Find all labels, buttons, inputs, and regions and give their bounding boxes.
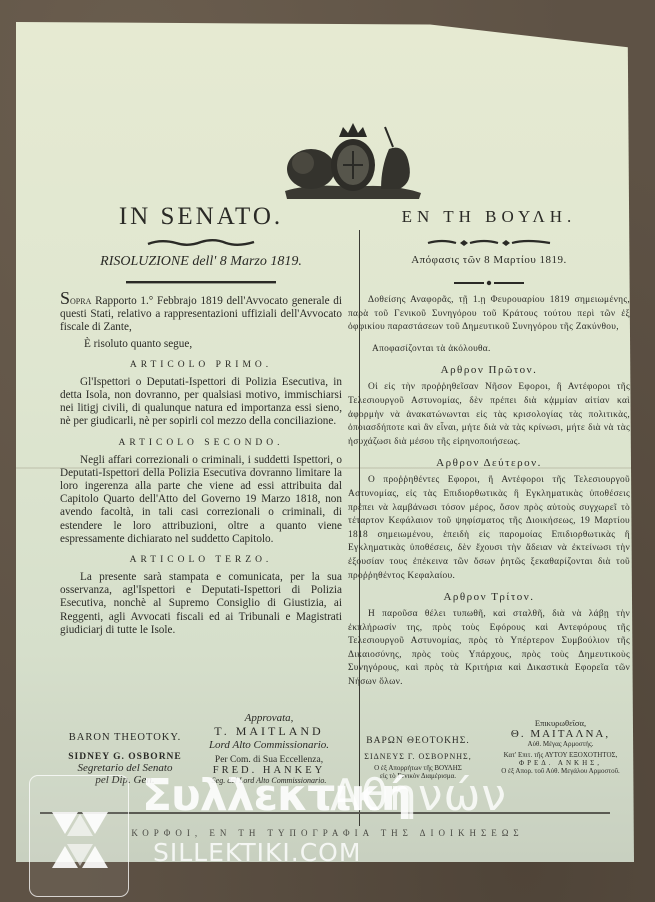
flourish-ornament-icon xyxy=(146,238,256,248)
triangles-logo-icon xyxy=(50,810,110,870)
watermark-url: SILLEKTIKI.COM xyxy=(153,838,361,867)
flourish-ornament-icon xyxy=(424,238,554,248)
article-heading: Αρθρον Πρῶτον. xyxy=(348,364,630,376)
article-heading: ARTICOLO SECONDO. xyxy=(60,438,342,448)
greek-subtitle: Απόφασις τῶν 8 Μαρτίου 1819. xyxy=(348,254,630,276)
italian-column: IN SENATO. RISOLUZIONE dell' 8 Marzo 181… xyxy=(60,200,342,637)
italian-resolve-line: È risoluto quanto segue, xyxy=(60,338,342,351)
thick-rule-ornament xyxy=(126,280,276,284)
rule-ornament xyxy=(454,280,524,286)
article-text: Ο προῤῥηθέντες Εφοροι, ἢ Αντέφοροι τῆς Τ… xyxy=(348,474,630,583)
greek-column: ΕΝ ΤΗ ΒΟΥΛΗ. Απόφασις τῶν 8 Μαρτίου 1819… xyxy=(348,200,630,690)
article-heading: ARTICOLO TERZO. xyxy=(60,555,342,565)
article-text: Negli affari correzionali o criminali, i… xyxy=(60,454,342,546)
article-heading: ARTICOLO PRIMO. xyxy=(60,360,342,370)
resolution-date: dell' 8 Marzo 1819. xyxy=(192,254,302,269)
italian-subtitle: RISOLUZIONE dell' 8 Marzo 1819. xyxy=(60,254,342,276)
italian-intro: Sopra Rapporto 1.° Febbrajo 1819 dell'Av… xyxy=(60,292,342,335)
greek-resolve-line: Αποφασίζονται τὰ ἀκόλουθα. xyxy=(348,343,630,357)
article-text: La presente sarà stampata e comunicata, … xyxy=(60,571,342,637)
resolution-label: RISOLUZIONE xyxy=(100,254,189,269)
article-heading: Αρθρον Δεύτερον. xyxy=(348,457,630,469)
article-text: Οἱ εἰς τὴν προῤῥηθεῖσαν Νῆσον Εφοροι, ἢ … xyxy=(348,381,630,449)
article-text: Η παροῦσα θέλει τυπωθῆ, καὶ σταλθῆ, διὰ … xyxy=(348,608,630,690)
greek-intro: Δοθείσης Αναφορᾶς, τῇ 1.ῃ Φευρουαρίου 18… xyxy=(348,294,630,335)
royal-coat-of-arms-icon xyxy=(281,119,426,201)
italian-title: IN SENATO. xyxy=(60,200,342,234)
watermark-brand-light: Αθηνών xyxy=(330,770,507,821)
armostis-signature-block: Επικυρωθεῖσα, Θ. ΜΑΙΤΑΛΝΑ, Αὐθ. Μέγας Αρ… xyxy=(488,718,633,775)
article-text: Gl'Ispettori o Deputati-Ispettori di Pol… xyxy=(60,376,342,429)
greek-title: ΕΝ ΤΗ ΒΟΥΛΗ. xyxy=(348,200,630,234)
article-heading: Αρθρον Τρίτον. xyxy=(348,591,630,603)
